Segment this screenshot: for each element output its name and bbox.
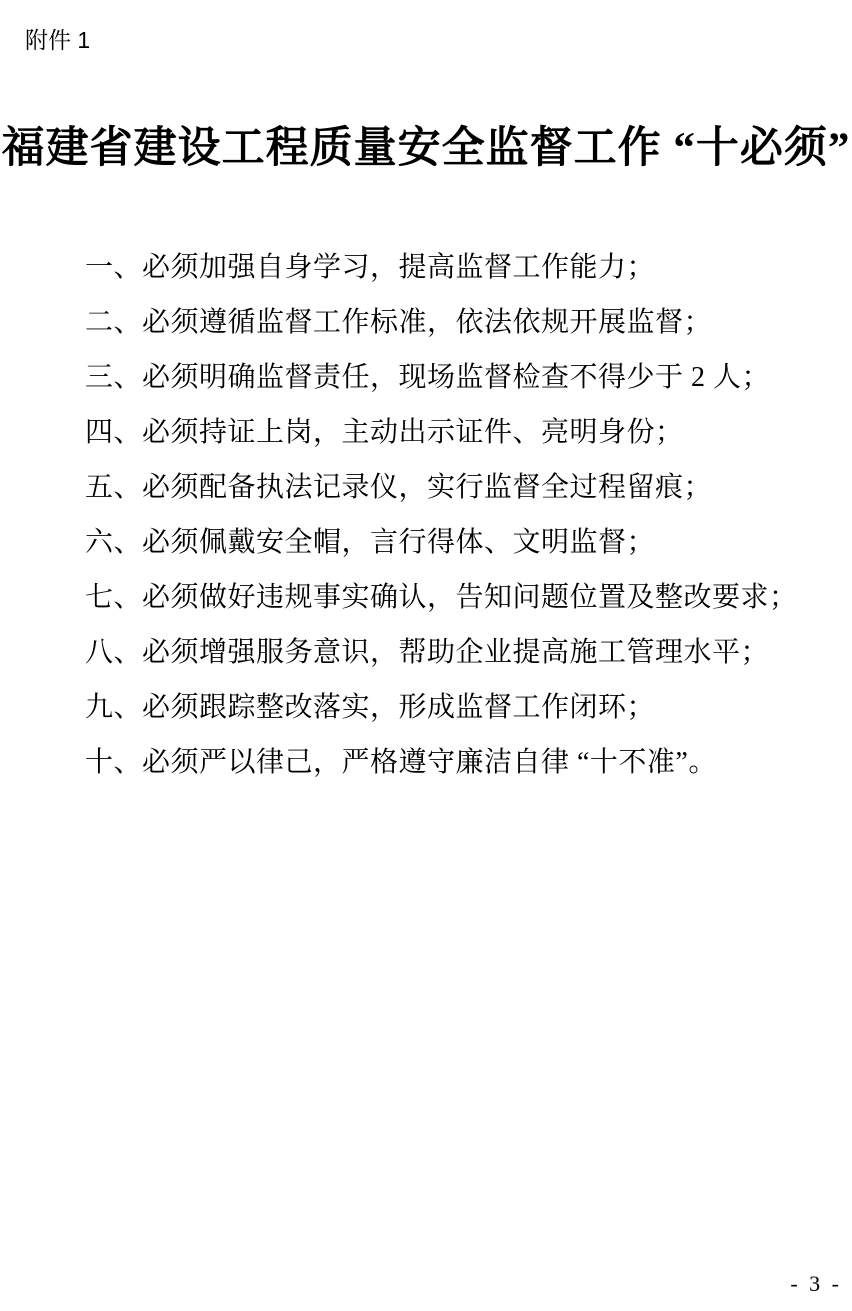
list-item-1: 一、必须加强自身学习，提高监督工作能力； — [85, 240, 842, 295]
attachment-label: 附件 1 — [25, 22, 90, 55]
list-item-5: 五、必须配备执法记录仪，实行监督全过程留痕； — [85, 460, 842, 515]
list-item-9: 九、必须跟踪整改落实，形成监督工作闭环； — [85, 680, 842, 735]
list-item-6: 六、必须佩戴安全帽，言行得体、文明监督； — [85, 515, 842, 570]
list-item-4: 四、必须持证上岗，主动出示证件、亮明身份； — [85, 405, 842, 460]
list-item-3: 三、必须明确监督责任，现场监督检查不得少于 2 人； — [85, 350, 842, 405]
page-number: - 3 - — [790, 1271, 842, 1297]
items-list: 一、必须加强自身学习，提高监督工作能力； 二、必须遵循监督工作标准，依法依规开展… — [85, 240, 842, 790]
list-item-7: 七、必须做好违规事实确认，告知问题位置及整改要求； — [85, 570, 842, 625]
list-item-8: 八、必须增强服务意识，帮助企业提高施工管理水平； — [85, 625, 842, 680]
document-title: 福建省建设工程质量安全监督工作 “十必须” — [0, 114, 852, 175]
list-item-2: 二、必须遵循监督工作标准，依法依规开展监督； — [85, 295, 842, 350]
list-item-10: 十、必须严以律己，严格遵守廉洁自律 “十不准”。 — [85, 735, 842, 790]
document-page: 附件 1 福建省建设工程质量安全监督工作 “十必须” 一、必须加强自身学习，提高… — [0, 0, 852, 1311]
